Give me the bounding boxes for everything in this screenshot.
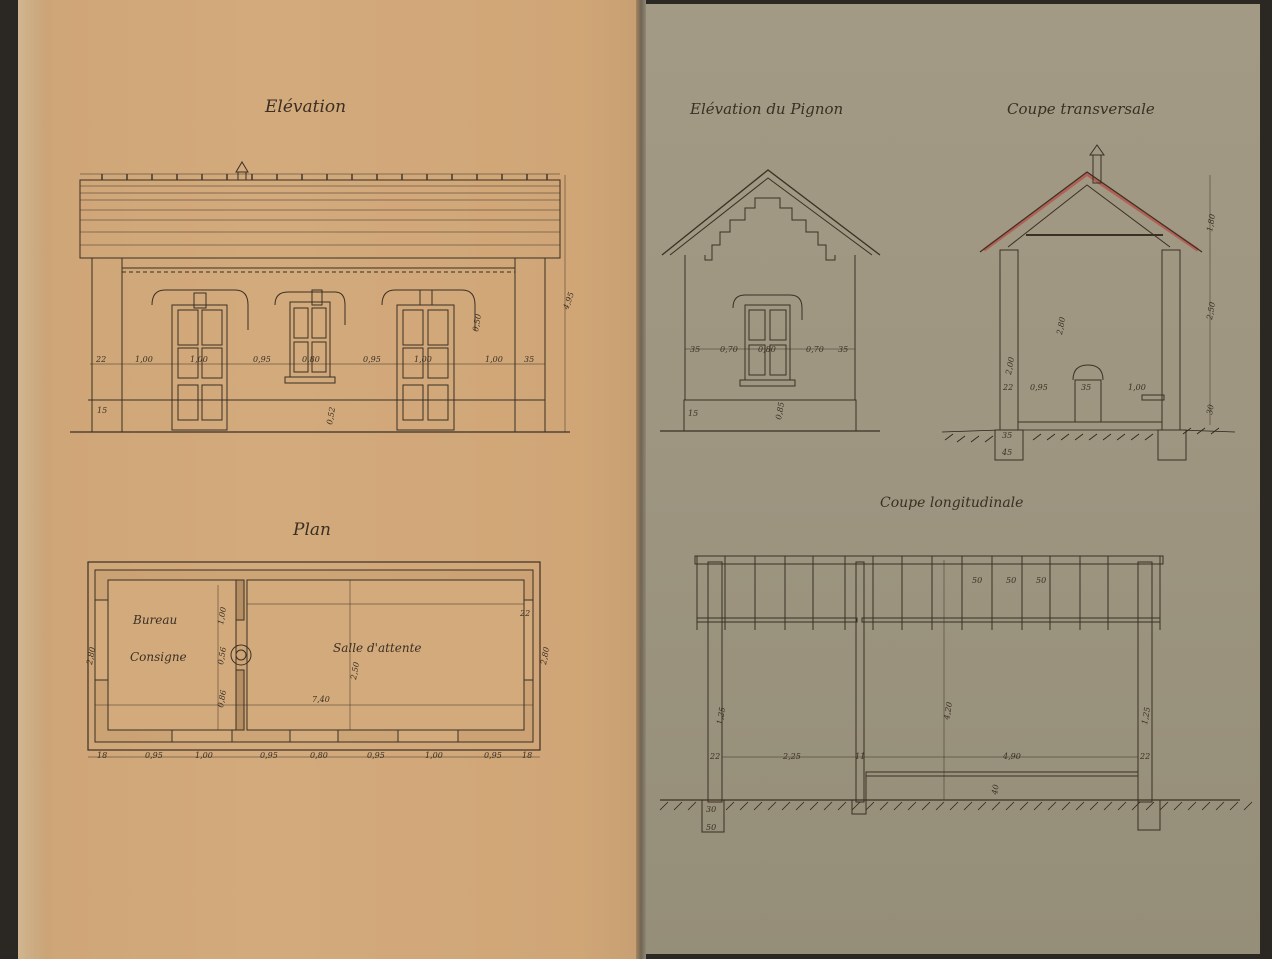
dim-label: 50 bbox=[706, 823, 716, 832]
dim-label: 50 bbox=[1036, 576, 1046, 585]
dim-label: 1,00 bbox=[425, 751, 443, 760]
dim-label: 2,25 bbox=[782, 752, 801, 761]
dim-label: 2,00 bbox=[1004, 356, 1016, 376]
dim-label: 0,80 bbox=[310, 751, 328, 760]
dim-label: 35 bbox=[690, 345, 700, 354]
dim-label: 50 bbox=[1006, 576, 1016, 585]
dim-label: 7,40 bbox=[312, 695, 330, 704]
dim-label: 2,80 bbox=[1055, 316, 1067, 336]
dim-label: 35 bbox=[838, 345, 848, 354]
dim-label: 2,80 bbox=[85, 646, 97, 666]
dim-label: 15 bbox=[97, 406, 107, 415]
dim-label: 1,00 bbox=[414, 355, 432, 364]
dim-label: 22 bbox=[709, 752, 720, 761]
dim-label: 22 bbox=[519, 609, 530, 618]
dim-label: 0,70 bbox=[806, 345, 824, 354]
dim-label: 2,50 bbox=[349, 661, 361, 681]
dim-label: 22 bbox=[1139, 752, 1150, 761]
dim-label: 0,95 bbox=[1030, 383, 1048, 392]
dim-label: 45 bbox=[1001, 448, 1012, 457]
room-label-consigne: Consigne bbox=[130, 650, 187, 664]
dim-label: 40 bbox=[990, 784, 1001, 797]
dim-label: 35 bbox=[1081, 383, 1091, 392]
dim-label: 30 bbox=[706, 805, 716, 814]
dim-label: 1,00 bbox=[190, 355, 208, 364]
dim-label: 1,25 bbox=[1140, 706, 1152, 725]
dimension-labels: 22 1,00 1,00 0,95 0,80 0,95 1,00 1,00 35… bbox=[0, 0, 1272, 959]
dim-label: 2,80 bbox=[539, 646, 551, 666]
dim-label: 0,50 bbox=[471, 313, 483, 332]
dim-label: 1,00 bbox=[195, 751, 213, 760]
dim-label: 0,95 bbox=[484, 751, 502, 760]
dim-label: 0,95 bbox=[367, 751, 385, 760]
dim-label: 22 bbox=[95, 355, 106, 364]
dim-label: 1,00 bbox=[1128, 383, 1146, 392]
dim-label: 0,80 bbox=[302, 355, 320, 364]
dim-label: 0,80 bbox=[758, 345, 776, 354]
dim-label: 0,95 bbox=[363, 355, 381, 364]
dim-label: 1,00 bbox=[135, 355, 153, 364]
dim-label: 11 bbox=[855, 752, 865, 761]
dim-label: 0,85 bbox=[774, 401, 786, 420]
dim-label: 0,56 bbox=[216, 646, 228, 665]
dim-label: 1,25 bbox=[715, 706, 727, 725]
dim-label: 50 bbox=[972, 576, 982, 585]
dim-label: 1,80 bbox=[1205, 213, 1217, 232]
dim-label: 2,50 bbox=[1205, 301, 1217, 321]
dim-label: 35 bbox=[524, 355, 534, 364]
dim-label: 1,00 bbox=[485, 355, 503, 364]
dim-label: 1,00 bbox=[216, 606, 228, 625]
dim-label: 0,70 bbox=[720, 345, 738, 354]
dim-label: 35 bbox=[1002, 431, 1012, 440]
dim-label: 4,95 bbox=[561, 291, 576, 312]
dim-label: 0,95 bbox=[145, 751, 163, 760]
room-label-bureau: Bureau bbox=[132, 613, 177, 627]
dim-label: 30 bbox=[1205, 404, 1216, 416]
dim-label: 0,52 bbox=[325, 406, 337, 425]
dim-label: 15 bbox=[688, 409, 698, 418]
room-label-salle-attente: Salle d'attente bbox=[333, 641, 422, 655]
dim-label: 4,90 bbox=[1002, 752, 1021, 761]
dim-label: 18 bbox=[522, 751, 532, 760]
dim-label: 0,95 bbox=[253, 355, 271, 364]
dim-label: 0,86 bbox=[216, 689, 228, 708]
dim-label: 18 bbox=[97, 751, 107, 760]
dim-label: 22 bbox=[1002, 383, 1013, 392]
dim-label: 4,20 bbox=[942, 701, 954, 721]
dim-label: 0,95 bbox=[260, 751, 278, 760]
